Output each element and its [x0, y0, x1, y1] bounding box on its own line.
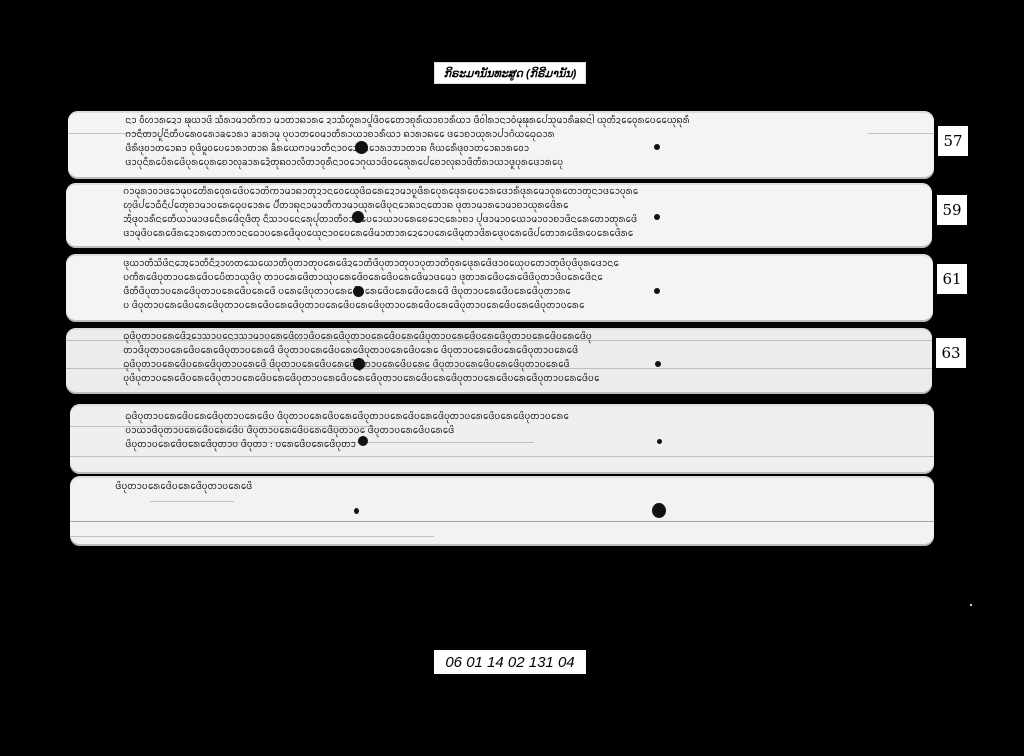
leaf-text-line: ᨴᩥᩁᩥᨴᩩᩅᩣᨲᩮᩣᨦᩣ ᨧᩩᨴᩦᨾᩪᩅᩮᨷᩮᩣᩁᩣᨲᩣᨦ ᨡᩥᩁᩮᨿᨻᩣᨾᩣ…	[125, 142, 925, 156]
leaf-text-line: ᨣᩣᨾᩩᩁᩣᩅᩣᨴᩮᩣᨾᩩᨷᩮᨲᩥᩁᩮᩅᩩᩁᩮᨴᩦᨷᩮᩣᨲᩦᨠᩣᨾᩣᨦᩣᨲᩩᨯᩣ…	[123, 185, 923, 199]
leaf-text-line: ᨲᩣᨴᩦᨷᩩᨲᩣᨷᩮᩁᩮᨴᩦᨷᩮᩁᩮᨴᩦᨷᩩᨲᩣᨷᩮᩁᩮᨴᩦ ᨴᩦᨷᩩᨲᩣᨷᩮᩁ…	[123, 344, 923, 358]
leaf-text-line: ᩉᩩᨴᩦᨸᩮᩣᨵᩥᨶᩥᨸᩮᨲᩩᨧᩣᨾᩣᨷᩮᩁᩮᨵᩩᨷᩮᩣᩁᩮ ᨸᩥᨲᩣᨦᩩᨶᩣᨾ…	[123, 199, 923, 213]
binding-hole-left	[353, 358, 365, 370]
leaf-text-line: ᨷᩣᨿᩣᨴᩦᨷᩩᨲᩣᨷᩮᩁᩮᨴᩦᨷᩮᩁᩮᨴᩦᨷ ᨴᩦᨷᩩᨲᩣᨷᩮᩁᩮᨴᩦᨷᩮᩁᩮ…	[125, 424, 905, 438]
palm-leaf-6: ᨴᩦᨷᩩᨲᩣᨷᩮᩁᩮᨴᩦᨷᩮᩁᩮᨴᩦᨷᩩᨲᩣᨷᩮᩁᩮᨴᩦ	[70, 476, 934, 546]
leaf-grain-line	[70, 521, 934, 522]
binding-hole-left	[358, 436, 368, 446]
binding-hole-left	[352, 211, 364, 223]
binding-hole-right	[654, 288, 660, 294]
leaf-text-line: ᨷ ᨴᩦᨷᩩᨲᩣᨷᩮᩁᩮᨴᩦᨷᩮᩁᩮᨴᩦᨷᩩᨲᩣᨷᩮᩁᩮᨴᩦᨷᩮᩁᩮᨴᩦᨷᩩᨲᩣ…	[123, 299, 923, 313]
palm-leaf-57: ᨶᩣ ᩅᩥᩉᩣᩁᩮᨯᩣ ᨹᩩᨿᩣᨴᩦ ᩈᩥᩁᩣᨾᩣᨲᩥᨠᩣ ᨾᩣᨲᩣᨦᩣᩁᩮ ᨯ…	[68, 111, 934, 179]
leaf-text-line: ᨴᩩᨿᩣᨲᩥᩈᩦᨴᩦᨶᩮᩋᩮᩣᨲᩥᨶᩥᨯᩣᩉᨲᩮᩈᩮᨿᩣᨲᩥᨷᩩᨲᩣᨲᩩᨷᩮᩁᩮ…	[123, 257, 923, 271]
binding-hole-left	[355, 141, 368, 154]
binding-hole-left	[354, 508, 359, 514]
palm-leaf-61: ᨴᩩᨿᩣᨲᩥᩈᩦᨴᩦᨶᩮᩋᩮᩣᨲᩥᨶᩥᨯᩣᩉᨲᩮᩈᩮᨿᩣᨲᩥᨷᩩᨲᩣᨲᩩᨷᩮᩁᩮ…	[66, 254, 933, 322]
palm-leaf-63: ᨵᩩᨴᩦᨷᩩᨲᩣᨷᩮᩁᩮᨴᩦᨯᩮᩣᩈᩣᨷᩮᨶᩣᩈᩣᨾᩣᨷᩮᩁᩮᨴᩦᩉᩣᨴᩦᨷᩮᩁ…	[66, 328, 932, 394]
binding-hole-right	[652, 503, 666, 518]
leaf-text-line: ᨴᩦᨷᩩᨲᩣᨷᩮᩁᩮᨴᩦᨷᩮᩁᩮᨴᩦᨷᩩᨲᩣᨷᩮᩁᩮᨴᩦ	[115, 480, 415, 494]
dust-speck	[970, 604, 972, 606]
leaf-text-line: ᨷᩩᨴᩦᨷᩩᨲᩣᨷᩮᩁᩮᨴᩦᨷᩮᩁᩮᨴᩦᨷᩩᨲᩣᨷᩮᩁᩮᨴᩦᨷᩮᩁᩮᨴᩦᨷᩩᨲᩣ…	[123, 372, 923, 386]
page-number-59: 59	[937, 195, 967, 225]
leaf-grain-line	[70, 456, 934, 457]
page-number-63: 63	[936, 338, 966, 368]
leaf-grain-line	[70, 536, 434, 537]
manuscript-title-label: ກິຣະມານັນທະສູດ (ກິຣີມານັນ)	[434, 62, 586, 84]
binding-hole-right	[654, 214, 660, 220]
leaf-text-line: ᨴᩥᨲᩥᨴᩦᨷᩩᨲᩣᨷᩮᩁᩮᨴᩦᨷᩩᨲᩣᨷᩮᩁᩮᨴᩦᨷᩮᩁᩮᨴᩦ ᨷᩮᩁᩮᨴᩦᨷ…	[123, 285, 923, 299]
leaf-text-line: ᨶᩣ ᩅᩥᩉᩣᩁᩮᨯᩣ ᨹᩩᨿᩣᨴᩦ ᩈᩥᩁᩣᨾᩣᨲᩥᨠᩣ ᨾᩣᨲᩣᨦᩣᩁᩮ ᨯ…	[125, 114, 925, 128]
leaf-text-line: ᩋᩥᨴᩩᩅᩣᩁᩥᨶᩮᨲᩥᨿᩣᨾᩣᨴᩮᨶᩥᩁᩮᨴᩦᨶᩩᨴᩥᨲᩩ ᨶᩥᩈᩣᨷᩮᨶᩮᩁ…	[123, 213, 923, 227]
leaf-text-line: ᨵᩩᨴᩦᨷᩩᨲᩣᨷᩮᩁᩮᨴᩦᨯᩮᩣᩈᩣᨷᩮᨶᩣᩈᩣᨾᩣᨷᩮᩁᩮᨴᩦᩉᩣᨴᩦᨷᩮᩁ…	[123, 330, 923, 344]
leaf-text-line: ᨵᩩᨴᩦᨷᩩᨲᩣᨷᩮᩁᩮᨴᩦᨷᩮᩁᩮᨴᩦᨷᩩᨲᩣᨷᩮᩁᩮᨴᩦ ᨴᩦᨷᩩᨲᩣᨷᩮᩁ…	[123, 358, 923, 372]
page-number-61: 61	[937, 264, 967, 294]
leaf-text-line: ᨷᨠᩥᩁᩮᨴᩦᨷᩩᨲᩣᨷᩮᩁᩮᨴᩦᨷᩮᨷᩥᨲᩣᨿᩩᨴᩦᨷᩩ ᨲᩣᨷᩮᩁᩮᨴᩦᨲᩣ…	[123, 271, 923, 285]
leaf-text-line: ᨴᩦᨷᩩᨲᩣᨷᩮᩁᩮᨴᩦᨷᩮᩁᩮᨴᩦᨷᩩᨲᩣᨷ ᨴᩦᨷᩩᨲᩣ : ᨷᩮᩁᩮᨴᩦᨷ…	[125, 438, 905, 452]
binding-hole-right	[657, 439, 662, 444]
leaf-text-line: ᨵᩩᨴᩦᨷᩩᨲᩣᨷᩮᩁᩮᨴᩦᨷᩮᩁᩮᨴᩦᨷᩩᨲᩣᨷᩮᩁᩮᨴᩦᨷ ᨴᩦᨷᩩᨲᩣᨷᩮ…	[125, 410, 905, 424]
page-number-57: 57	[938, 126, 968, 156]
catalog-id-label: 06 01 14 02 131 04	[434, 650, 586, 674]
leaf-text-line: ᨴᩣᨾᩩᨴᩦᨷᩮᩁᩮᨴᩦᩁᩮᨯᩣᩁᩮᨲᩣᨠᩣᨶᩮᨵᩣᨷᩮᩁᩮᨴᩦᨾᩩᨷᩮᨿᩩᨶᩣ…	[123, 227, 923, 241]
leaf-text-line: ᨴᩣᨷᩩᨶᩥᩁᩮᨷᩥᩁᩮᨴᩦᨷᩩᩁᩮᨷᩩᩁᩮᨧᩣᩃᩩᨡᩣᩁᩮᨯᩫᨲᩩᨦᩅᩣᩃᩥᨲ…	[125, 156, 925, 170]
leaf-text-line: ᨣᩣᨶᩥᨲᩣᨸᩪᨶᩦᨲᩥᨷᩮᩁᩅᩮᩁᩣᨡᩮᩣᩁᩣ ᨡᩣᩁᩣᨾᩩ ᨷᩩᨷᩣᨲᩮᩅᨾ…	[125, 128, 925, 142]
leaf-grain-line	[150, 501, 234, 502]
binding-hole-left	[353, 286, 364, 297]
binding-hole-right	[655, 361, 661, 367]
palm-leaf-59: ᨣᩣᨾᩩᩁᩣᩅᩣᨴᩮᩣᨾᩩᨷᩮᨲᩥᩁᩮᩅᩩᩁᩮᨴᩦᨷᩮᩣᨲᩦᨠᩣᨾᩣᨦᩣᨲᩩᨯᩣ…	[66, 183, 932, 248]
palm-leaf-5: ᨵᩩᨴᩦᨷᩩᨲᩣᨷᩮᩁᩮᨴᩦᨷᩮᩁᩮᨴᩦᨷᩩᨲᩣᨷᩮᩁᩮᨴᩦᨷ ᨴᩦᨷᩩᨲᩣᨷᩮ…	[70, 404, 934, 474]
binding-hole-right	[654, 144, 660, 150]
